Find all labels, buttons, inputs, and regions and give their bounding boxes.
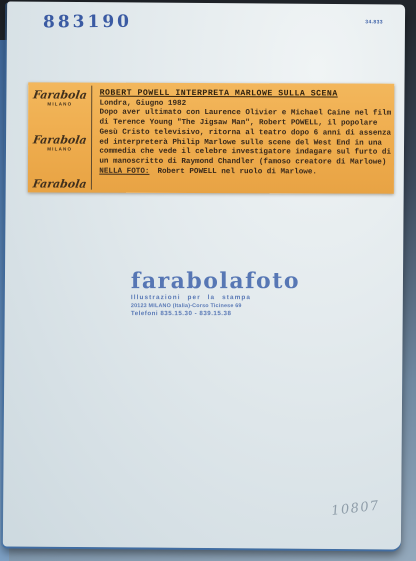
caption-line: un manoscritto di Raymond Chandler (famo…	[99, 158, 391, 169]
handwritten-number: 10807	[330, 498, 380, 518]
farabolafoto-stamp-phones: Telefoni 835.15.30 - 839.15.38	[131, 310, 300, 317]
farabola-logo-script: Farabola	[32, 178, 87, 189]
agency-logo-column: Farabola MILANO Farabola MILANO Farabola	[28, 82, 92, 192]
caption-line: Gesù Cristo televisivo, ritorna al teatr…	[99, 128, 391, 139]
caption-title: ROBERT POWELL INTERPRETA MARLOWE SULLA S…	[100, 89, 392, 100]
photo-card-back: 883190 34.833 Farabola MILANO Farabola M…	[3, 1, 405, 549]
farabola-logo-city: MILANO	[33, 146, 87, 151]
farabolafoto-stamp-tagline: Illustrazioni per la stampa	[131, 294, 300, 301]
archive-number-stamp: 883190	[43, 12, 132, 33]
caption-nella-foto-line: NELLA FOTO:Robert POWELL nel ruolo di Ma…	[99, 167, 391, 178]
caption-sticker: Farabola MILANO Farabola MILANO Farabola…	[28, 82, 394, 193]
farabola-logo: Farabola MILANO	[33, 134, 87, 151]
photo-backdrop: 883190 34.833 Farabola MILANO Farabola M…	[0, 0, 416, 561]
caption-text-block: ROBERT POWELL INTERPRETA MARLOWE SULLA S…	[92, 83, 394, 194]
nella-foto-text: Robert POWELL nel ruolo di Marlowe.	[157, 167, 317, 176]
nella-foto-label: NELLA FOTO:	[99, 167, 149, 175]
farabola-logo-city: MILANO	[33, 101, 87, 106]
corner-number-stamp: 34.833	[365, 19, 383, 25]
farabolafoto-stamp-address: 20123 MILANO (Italia)-Corso Ticinese 69	[131, 303, 300, 309]
farabola-logo-script: Farabola	[32, 134, 87, 145]
farabola-logo: Farabola	[33, 178, 87, 189]
farabola-logo: Farabola MILANO	[33, 89, 87, 106]
farabola-logo-script: Farabola	[32, 89, 87, 100]
farabolafoto-stamp-name: farabolafoto	[131, 270, 300, 293]
farabolafoto-stamp: farabolafoto Illustrazioni per la stampa…	[131, 270, 300, 317]
